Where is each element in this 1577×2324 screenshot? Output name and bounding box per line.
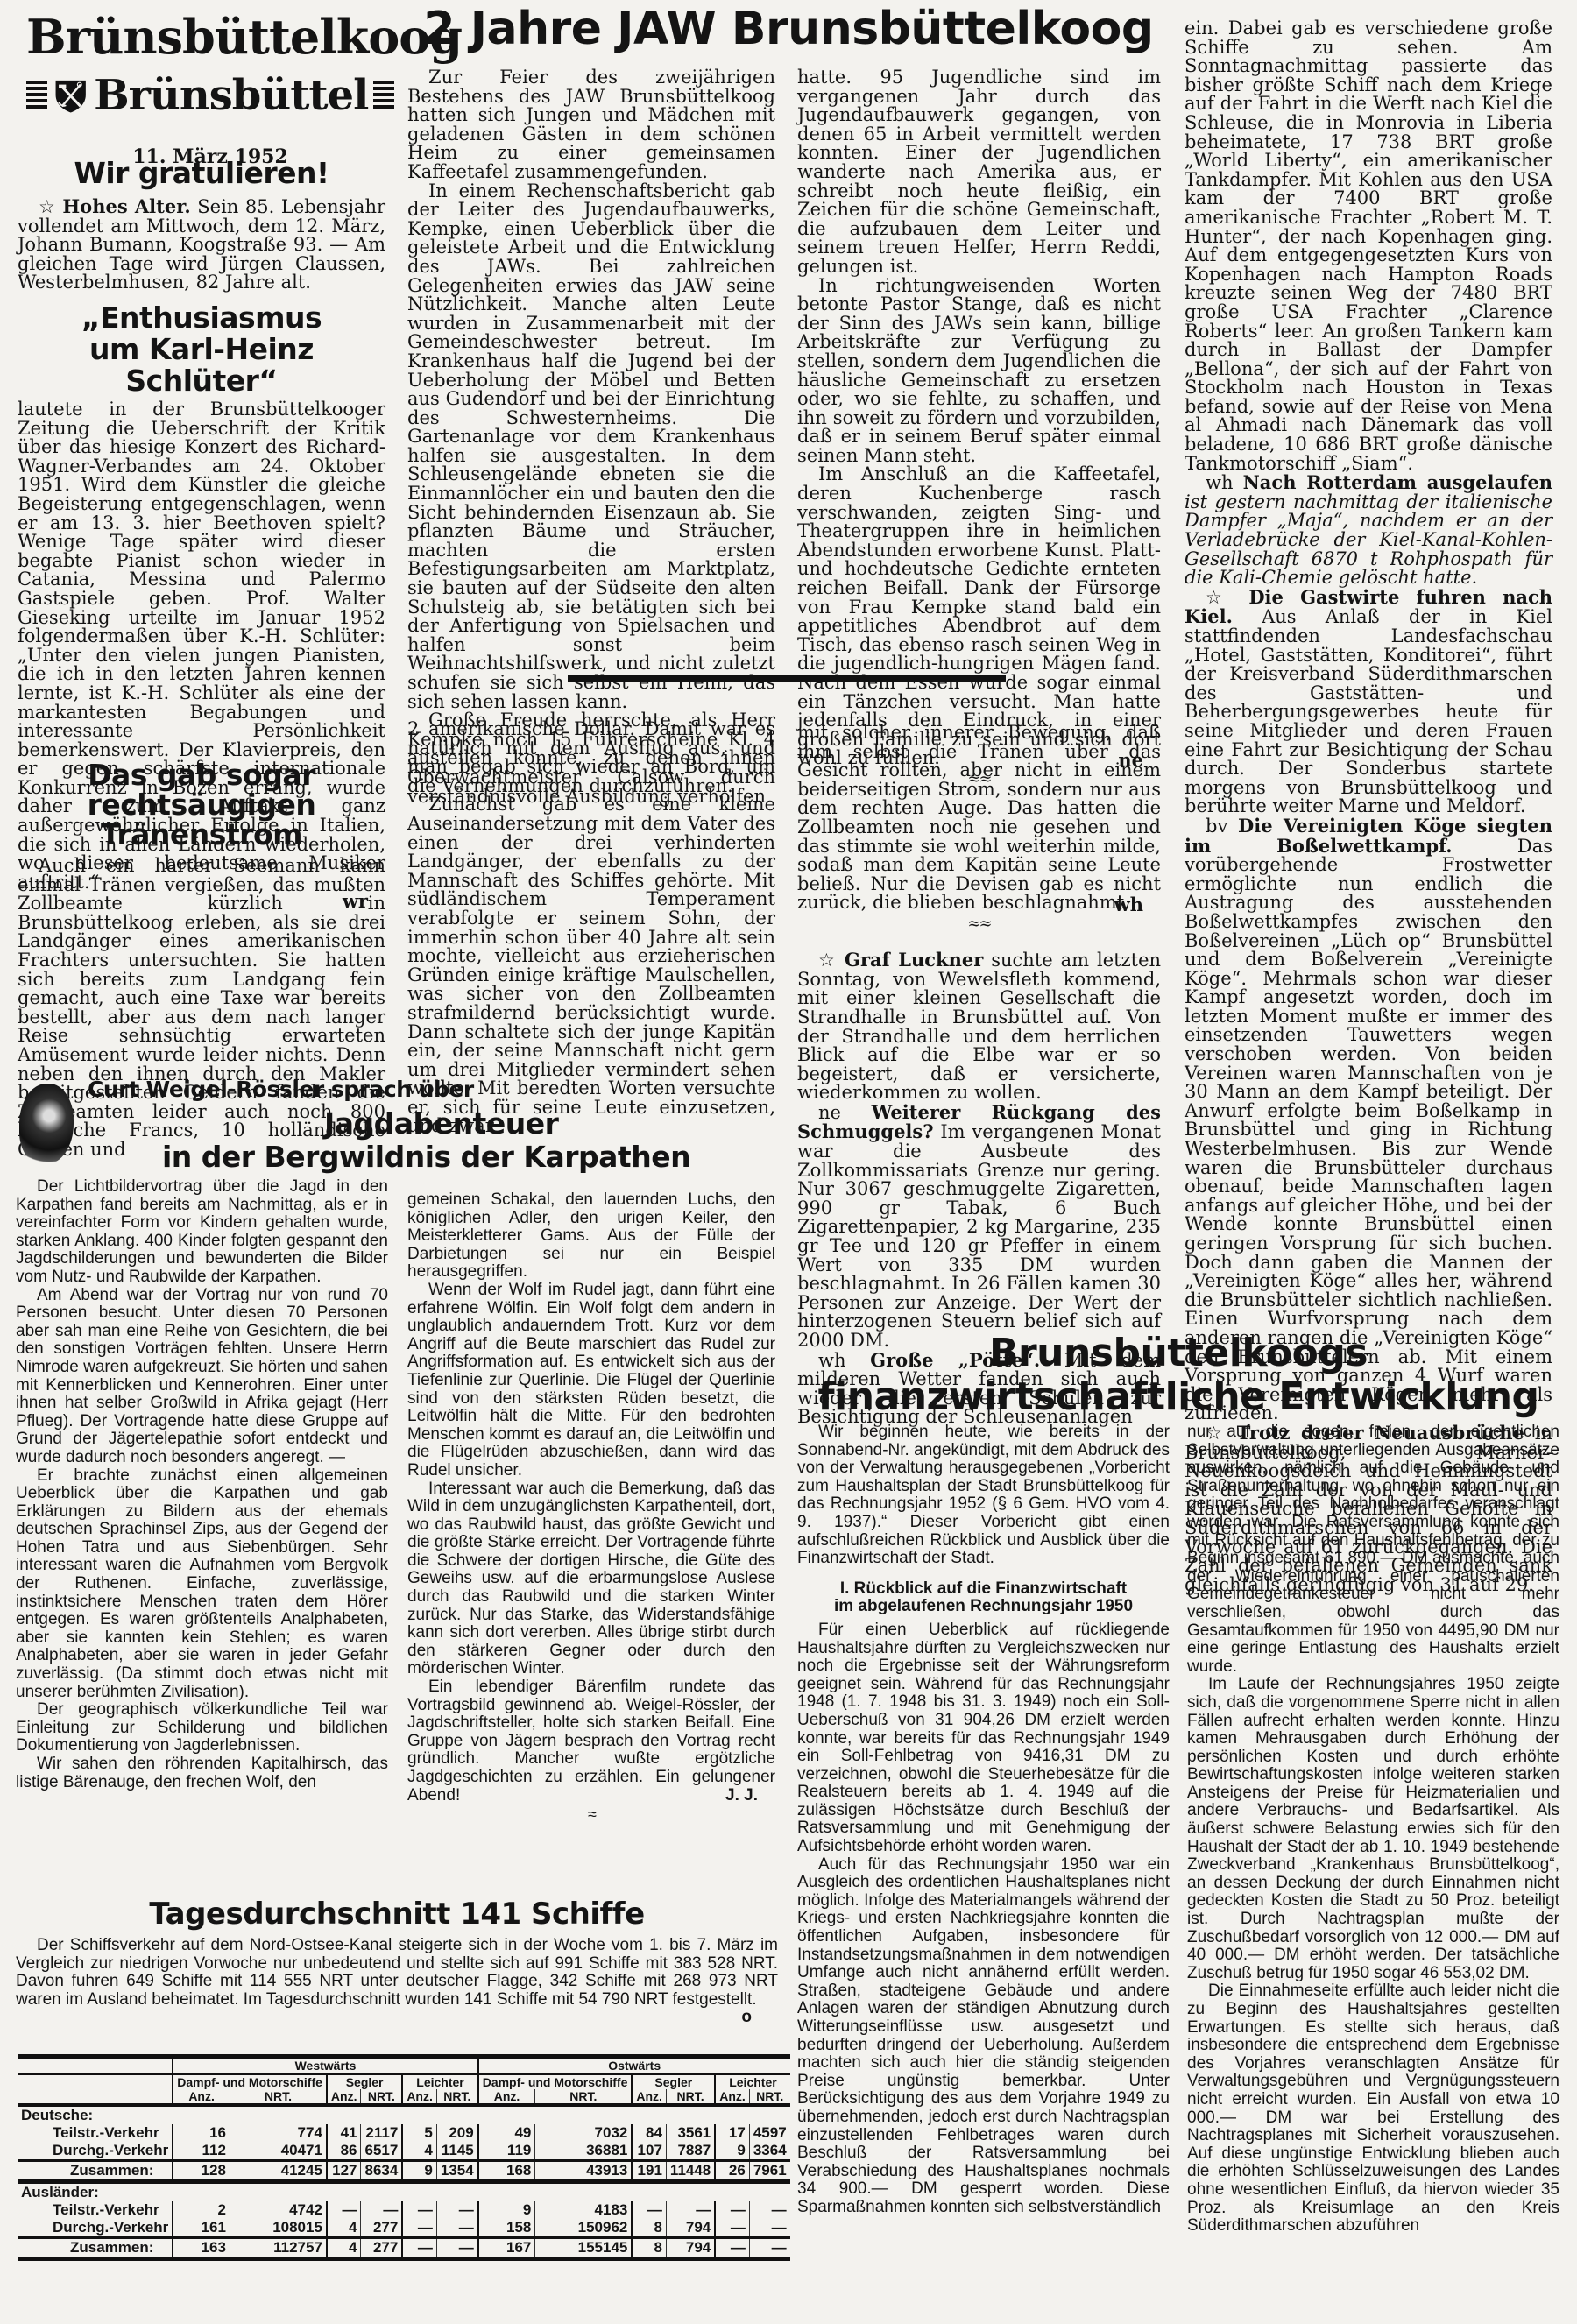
column-type: Segler xyxy=(632,2074,715,2090)
column-type: Leichter xyxy=(715,2074,789,2090)
table-total-row: Zusammen: 12841245 1278634 91354 1684391… xyxy=(18,2161,790,2182)
article-finanz-title: Brunsbüttelkoogs finanzwirtschaftliche E… xyxy=(793,1332,1564,1419)
article-title-line2: in der Bergwildnis der Karpathen xyxy=(162,1140,690,1174)
article-body: ☆ Hohes Alter. Sein 85. Lebensjahr volle… xyxy=(18,197,385,293)
section-divider-ornament: ≈≈ xyxy=(797,915,1161,934)
article-finanz-col2: nur auf die sogen. freien, der eigentlic… xyxy=(1187,1423,1559,2236)
news-brief-luckner: ☆ Graf Luckner suchte am letzten Sonntag… xyxy=(797,950,1161,1103)
masthead: Brünsbüttelkoog Brünsbüttel 11. März 195… xyxy=(26,9,394,168)
band-right-decoration xyxy=(373,81,394,110)
article-title-line2: finanzwirtschaftliche Entwicklung xyxy=(793,1375,1564,1419)
table-row: Teilstr.-Verkehr 16774 412117 5209 49703… xyxy=(18,2124,790,2142)
portrait-photo xyxy=(19,1084,74,1164)
article-title-line1: „Enthusiasmus xyxy=(18,302,385,334)
column-group-westwaerts: Westwärts xyxy=(173,2057,477,2074)
article-title-line2: rechtsäugigen Tränenstrom xyxy=(18,790,385,850)
column-type: Leichter xyxy=(402,2074,477,2090)
article-intro: Wir beginnen heute, wie bereits in der S… xyxy=(797,1423,1170,1568)
article-title-line2: um Karl-Heinz Schlüter“ xyxy=(18,334,385,397)
lead-in: Hohes Alter. xyxy=(62,195,190,217)
author-initials: J. J. xyxy=(407,1787,775,1805)
article-body: Der Schiffsverkehr auf dem Nord-Ostsee-K… xyxy=(16,1937,778,2009)
article-jagd-col2: gemeinen Schakal, den lauernden Luchs, d… xyxy=(407,1191,775,1823)
table-row: Durchg.-Verkehr 161108015 4277 —— 158150… xyxy=(18,2219,790,2238)
news-brief-rotterdam: wh Nach Rotterdam ausgelaufen ist gester… xyxy=(1185,473,1552,588)
article-title: Wir gratulieren! xyxy=(18,156,385,190)
masthead-band: Brünsbüttel xyxy=(26,65,394,126)
article-jaw-col1: Zur Feier des zweijährigen Bestehens des… xyxy=(407,68,775,806)
column-group-ostwaerts: Ostwärts xyxy=(478,2057,790,2074)
author-prefix: bv xyxy=(1206,816,1227,837)
column-type: Dampf- und Motorschiffe xyxy=(478,2074,633,2090)
article-schiffe: Tagesdurchschnitt 141 Schiffe Der Schiff… xyxy=(16,1897,778,2027)
section-subhead: I. Rückblick auf die Finanzwirtschaft im… xyxy=(797,1580,1170,1616)
article-title: Tagesdurchschnitt 141 Schiffe xyxy=(16,1897,778,1932)
article-finanz-col1: Wir beginnen heute, wie bereits in der S… xyxy=(797,1423,1170,2217)
coat-of-arms-shield-icon xyxy=(53,65,88,126)
table-group-header: Deutsche: xyxy=(18,2105,790,2124)
author-initials: o xyxy=(16,2009,778,2027)
news-brief-gastwirte: ☆ Die Gastwirte fuhren nach Kiel. Aus An… xyxy=(1185,588,1552,816)
article-traenen-col3: mit solcher innerer Bewegung, daß ihm se… xyxy=(797,724,1161,1427)
author-prefix: ne xyxy=(818,1102,841,1123)
article-jagd-header: Curt Weigel-Rössler sprach über Jagdaben… xyxy=(9,1073,780,1174)
star-icon: ☆ xyxy=(818,950,837,971)
article-jaw-title: 2 Jahre JAW Brunsbüttelkoog xyxy=(412,0,1165,58)
table-row: Durchg.-Verkehr 11240471 866517 41145 11… xyxy=(18,2142,790,2161)
band-left-decoration xyxy=(26,81,47,110)
article-jagd-col1: Der Lichtbildervortrag über die Jagd in … xyxy=(16,1178,388,1791)
article-title-line1: Jagdabenteuer xyxy=(324,1106,558,1141)
article-kicker: Curt Weigel-Rössler sprach über xyxy=(88,1077,474,1102)
table-total-row: Zusammen: 163112757 4277 —— 167155145 87… xyxy=(18,2238,790,2259)
news-brief-schmuggel: ne Weiterer Rückgang des Schmuggels? Im … xyxy=(797,1103,1161,1351)
star-icon: ☆ xyxy=(39,196,56,217)
author-prefix: wh xyxy=(1206,472,1234,493)
article-gratulieren: Wir gratulieren! ☆ Hohes Alter. Sein 85.… xyxy=(18,156,385,293)
ship-traffic-table: Westwärts Ostwärts Dampf- und Motorschif… xyxy=(18,2054,780,2261)
column-type: Dampf- und Motorschiffe xyxy=(173,2074,327,2090)
masthead-title-bottom: Brünsbüttel xyxy=(94,71,368,120)
section-divider-ornament: ≈ xyxy=(407,1805,775,1824)
table-row: Teilstr.-Verkehr 24742 —— —— 94183 —— —— xyxy=(18,2201,790,2219)
table-group-header: Ausländer: xyxy=(18,2182,790,2202)
star-icon: ☆ xyxy=(1206,587,1233,608)
horizontal-rule xyxy=(568,675,1006,682)
masthead-title-top: Brünsbüttelkoog xyxy=(26,9,394,65)
article-title-line1: Brunsbüttelkoogs xyxy=(793,1332,1564,1375)
news-brief-schiffe-continued: ein. Dabei gab es verschiedene große Sch… xyxy=(1185,19,1552,473)
column-type: Segler xyxy=(327,2074,402,2090)
article-title-line1: Das gab sogar xyxy=(18,760,385,790)
